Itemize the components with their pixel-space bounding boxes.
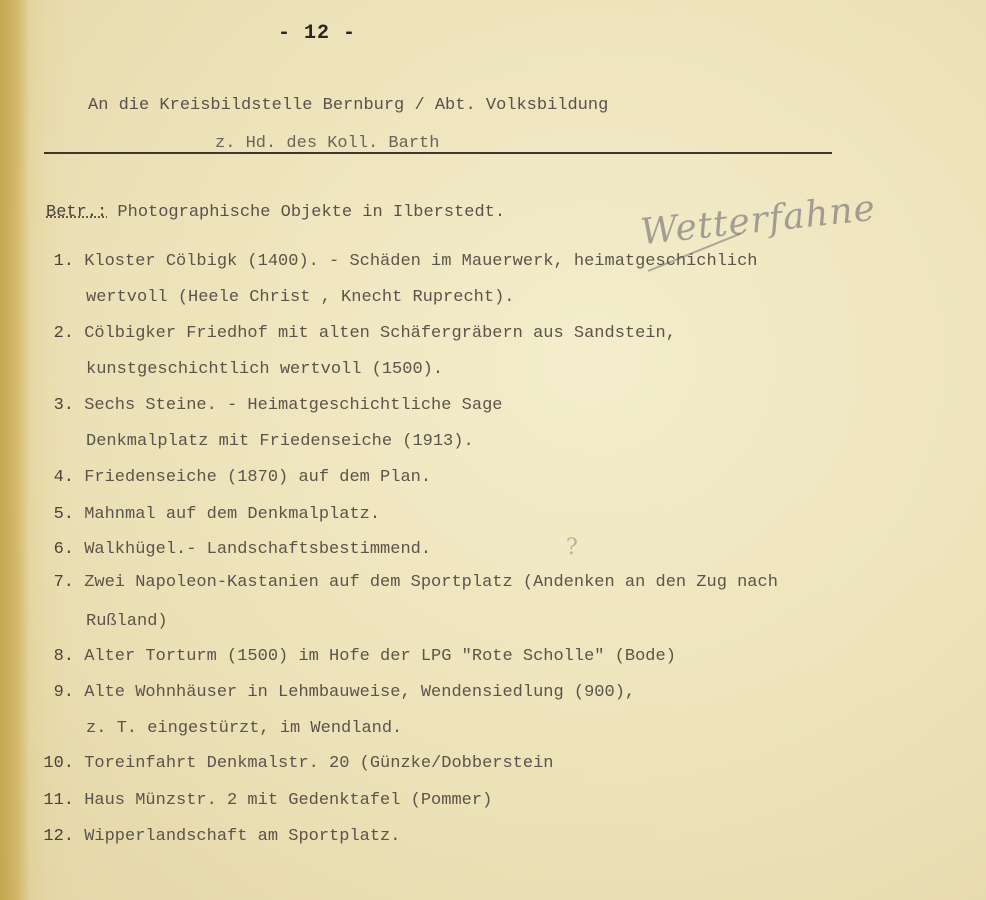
list-item-9: 9. Alte Wohnhäuser in Lehmbauweise, Wend… bbox=[46, 683, 635, 702]
recipient-attention: z. Hd. des Koll. Barth bbox=[215, 134, 439, 153]
item-text: Cölbigker Friedhof mit alten Schäfergräb… bbox=[84, 324, 676, 343]
item-number: 12. bbox=[38, 827, 74, 846]
recipient-line: An die Kreisbildstelle Bernburg / Abt. V… bbox=[88, 96, 608, 115]
item-number: 8. bbox=[46, 647, 74, 666]
page-number: - 12 - bbox=[278, 22, 356, 45]
item-number: 4. bbox=[46, 468, 74, 487]
item-text: Alter Torturm (1500) im Hofe der LPG "Ro… bbox=[84, 647, 676, 666]
list-item-5: 5. Mahnmal auf dem Denkmalplatz. bbox=[46, 505, 380, 524]
item-text: Kloster Cölbigk (1400). - Schäden im Mau… bbox=[84, 252, 757, 271]
list-item-9-cont: z. T. eingestürzt, im Wendland. bbox=[86, 719, 402, 738]
list-item-1-cont: wertvoll (Heele Christ , Knecht Ruprecht… bbox=[86, 288, 514, 307]
subject-line: Betr.: Photographische Objekte in Ilbers… bbox=[46, 203, 505, 222]
list-item-3: 3. Sechs Steine. - Heimatgeschichtliche … bbox=[46, 396, 502, 415]
subject-text: Photographische Objekte in Ilberstedt. bbox=[107, 203, 505, 222]
list-item-2: 2. Cölbigker Friedhof mit alten Schäferg… bbox=[46, 324, 676, 343]
item-text: Wipperlandschaft am Sportplatz. bbox=[84, 827, 400, 846]
list-item-6: 6. Walkhügel.- Landschaftsbestimmend. bbox=[46, 540, 431, 559]
item-text: Friedenseiche (1870) auf dem Plan. bbox=[84, 468, 431, 487]
item-number: 9. bbox=[46, 683, 74, 702]
list-item-11: 11. Haus Münzstr. 2 mit Gedenktafel (Pom… bbox=[38, 791, 492, 810]
item-number: 5. bbox=[46, 505, 74, 524]
list-item-10: 10. Toreinfahrt Denkmalstr. 20 (Günzke/D… bbox=[38, 754, 553, 773]
list-item-7-cont: Rußland) bbox=[86, 612, 168, 631]
list-item-4: 4. Friedenseiche (1870) auf dem Plan. bbox=[46, 468, 431, 487]
item-text: Haus Münzstr. 2 mit Gedenktafel (Pommer) bbox=[84, 791, 492, 810]
list-item-2-cont: kunstgeschichtlich wertvoll (1500). bbox=[86, 360, 443, 379]
list-item-1: 1. Kloster Cölbigk (1400). - Schäden im … bbox=[46, 252, 758, 271]
item-text: Toreinfahrt Denkmalstr. 20 (Günzke/Dobbe… bbox=[84, 754, 553, 773]
list-item-8: 8. Alter Torturm (1500) im Hofe der LPG … bbox=[46, 647, 676, 666]
item-number: 3. bbox=[46, 396, 74, 415]
list-item-3-cont: Denkmalplatz mit Friedenseiche (1913). bbox=[86, 432, 474, 451]
binding-shadow bbox=[0, 0, 30, 900]
item-text: Sechs Steine. - Heimatgeschichtliche Sag… bbox=[84, 396, 502, 415]
item-number: 10. bbox=[38, 754, 74, 773]
list-item-7: 7. Zwei Napoleon-Kastanien auf dem Sport… bbox=[46, 573, 778, 592]
item-number: 7. bbox=[46, 573, 74, 592]
item-text: Walkhügel.- Landschaftsbestimmend. bbox=[84, 540, 431, 559]
header-rule bbox=[44, 152, 832, 154]
subject-label: Betr.: bbox=[46, 203, 107, 222]
item-number: 6. bbox=[46, 540, 74, 559]
margin-mark: ? bbox=[566, 535, 578, 560]
item-text: Alte Wohnhäuser in Lehmbauweise, Wendens… bbox=[84, 683, 635, 702]
item-number: 2. bbox=[46, 324, 74, 343]
item-text: Mahnmal auf dem Denkmalplatz. bbox=[84, 505, 380, 524]
item-number: 1. bbox=[46, 252, 74, 271]
item-text: Zwei Napoleon-Kastanien auf dem Sportpla… bbox=[84, 573, 778, 592]
item-number: 11. bbox=[38, 791, 74, 810]
list-item-12: 12. Wipperlandschaft am Sportplatz. bbox=[38, 827, 400, 846]
